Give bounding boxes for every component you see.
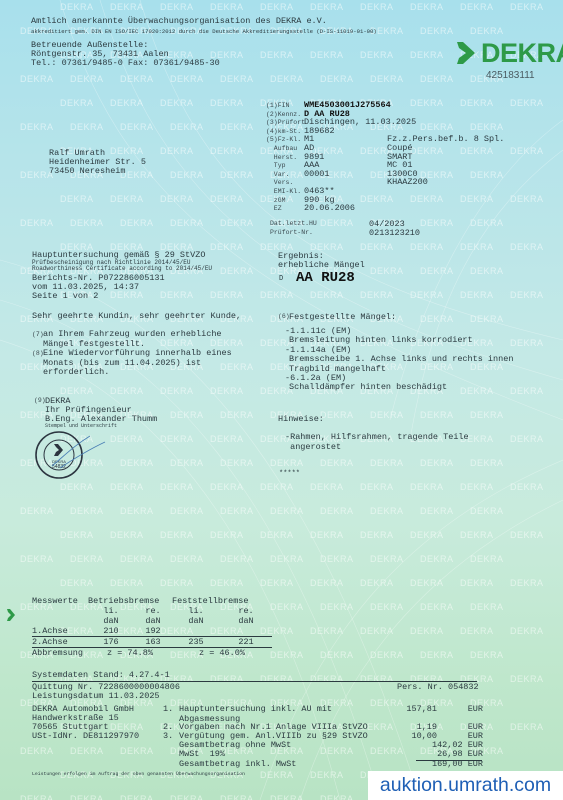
watermark-text: DEKRA [360,530,394,540]
watermark-text: DEKRA [420,458,454,468]
field-label: (1)FIN [266,102,304,109]
watermark-text: DEKRA [170,218,204,228]
vehicle-data-row: EMI-Kl.0463** [266,186,504,195]
cell-value: 221 [220,637,272,648]
watermark-text: DEKRA [420,314,454,324]
watermark-text: DEKRA [320,554,354,564]
field-label: (4)km-St. [266,128,304,135]
watermark-text: DEKRA [260,578,294,588]
page-indicator: Seite 1 von 2 [32,291,98,301]
watermark-text: DEKRA [210,194,244,204]
watermark-text: DEKRA [460,290,494,300]
watermark-text: DEKRA [220,506,254,516]
watermark-text: DEKRA [310,482,344,492]
watermark-text: DEKRA [20,122,54,132]
watermark-text: DEKRA [260,530,294,540]
watermark-text: DEKRA [120,554,154,564]
braking-label: Abbremsung [32,648,88,659]
side-right: re. [134,606,172,616]
watermark-text: DEKRA [270,794,304,800]
watermark-text: DEKRA [320,218,354,228]
watermark-text: DEKRA [160,386,194,396]
watermark-text: DEKRA [60,2,94,12]
watermark-text: DEKRA [510,194,544,204]
watermark-text: DEKRA [510,626,544,636]
watermark-text: DEKRA [460,530,494,540]
watermark-text: DEKRA [510,386,544,396]
note7-number: (7) [32,331,44,338]
vehicle-data-row: (5)Fz-Kl.M1Fz.z.Pers.bef.b. 8 Spl. [266,134,504,143]
watermark-text: DEKRA [120,794,154,800]
field-label: (5)Fz-Kl. [266,136,304,143]
watermark-text: DEKRA [210,674,244,684]
note7-text: an Ihrem Fahrzeug wurden erhebliche Mäng… [43,330,222,349]
document-number: 425183111 [486,70,535,81]
defects-heading: Festgestellte Mängel: [289,312,396,322]
watermark-text: DEKRA [120,122,154,132]
table-row: Abbremsung z = 74.8% z = 46.0% [32,648,272,659]
item-amount: 157,81 [395,705,437,715]
watermark-text: DEKRA [270,650,304,660]
watermark-text: DEKRA [20,506,54,516]
watermark-text: DEKRA [220,458,254,468]
watermark-text: DEKRA [210,482,244,492]
signature-number: (9) [34,397,46,404]
hints-label: Hinweise: [278,414,324,424]
item-currency: EUR [455,705,483,715]
watermark-text: DEKRA [420,410,454,420]
cell-value: 163 [134,637,172,648]
watermark-text: DEKRA [320,602,354,612]
watermark-text: DEKRA [310,2,344,12]
watermark-text: DEKRA [360,626,394,636]
watermark-text: DEKRA [320,74,354,84]
watermark-text: DEKRA [110,146,144,156]
braking-service-value: z = 74.8% [88,648,172,659]
watermark-text: DEKRA [270,506,304,516]
license-plate: AA RU28 [296,270,355,286]
watermark-text: DEKRA [270,74,304,84]
watermark-text: DEKRA [220,266,254,276]
watermark-text: DEKRA [160,98,194,108]
field-label: (3)Prüfort [266,119,304,126]
watermark-text: DEKRA [210,434,244,444]
cell-value [220,626,272,637]
watermark-text: DEKRA [210,146,244,156]
watermark-text: DEKRA [270,554,304,564]
watermark-text: DEKRA [510,434,544,444]
site-no-value: 0213123210 [369,228,420,238]
watermark-text: DEKRA [210,98,244,108]
defect-description: Bremsscheibe 1. Achse links und rechts i… [289,355,513,374]
cell-value: 210 [88,626,134,637]
watermark-text: DEKRA [470,26,504,36]
watermark-text: DEKRA [320,506,354,516]
watermark-text: DEKRA [420,26,454,36]
watermark-text: DEKRA [370,458,404,468]
last-hu-label: Dat.letzt.HU [270,220,317,227]
site-no-label: Prüfort-Nr. [270,229,313,236]
vehicle-data-row: (3)PrüfortDischingen, 11.03.2025 [266,117,504,126]
watermark-text: DEKRA [460,578,494,588]
dekra-side-arrow-icon [6,608,16,622]
watermark-text: DEKRA [270,458,304,468]
field-value: 00001 [304,169,387,179]
watermark-text: DEKRA [310,770,344,780]
watermark-text: DEKRA [120,746,154,756]
plate-prefix: D [279,275,283,283]
watermark-text: DEKRA [310,50,344,60]
field-value: 20.06.2006 [304,203,387,213]
accreditation-line: akkreditiert gem. DIN EN ISO/IEC 17020:2… [31,28,377,35]
watermark-text: DEKRA [220,122,254,132]
watermark-text: DEKRA [60,386,94,396]
watermark-text: DEKRA [170,122,204,132]
watermark-text: DEKRA [410,242,444,252]
watermark-text: DEKRA [160,482,194,492]
branch-contact: Tel.: 07361/9485-0 Fax: 07361/9485-30 [31,58,220,68]
watermark-text: DEKRA [110,98,144,108]
vehicle-data-row: (1)FINWME4503001J275564 [266,100,504,109]
watermark-text: DEKRA [360,290,394,300]
unit: daN [88,616,134,626]
watermark-text: DEKRA [460,482,494,492]
recipient-city: 73450 Neresheim [49,166,126,176]
watermark-text: DEKRA [70,74,104,84]
watermark-text: DEKRA [110,194,144,204]
watermark-text: DEKRA [170,74,204,84]
watermark-text: DEKRA [120,218,154,228]
watermark-text: DEKRA [220,554,254,564]
watermark-text: DEKRA [160,434,194,444]
service-brake-header: Betriebsbremse [88,596,172,606]
watermark-text: DEKRA [60,98,94,108]
watermark-text: DEKRA [110,386,144,396]
watermark-text: DEKRA [310,290,344,300]
watermark-text: DEKRA [370,602,404,612]
watermark-text: DEKRA [160,290,194,300]
watermark-text: DEKRA [360,242,394,252]
axle-label: 2.Achse [32,637,88,648]
field-label: EZ [266,205,304,212]
cell-value [172,626,220,637]
watermark-text: DEKRA [410,50,444,60]
watermark-text: DEKRA [420,602,454,612]
invoice-footnote: Leistungen erfolgen im Auftrag der oben … [32,771,245,778]
field-label: zGM [266,197,304,204]
table-row: 1.Achse 210 192 [32,626,272,637]
watermark-text: DEKRA [170,554,204,564]
watermark-text: DEKRA [410,2,444,12]
hint-item: -Rahmen, Hilfsrahmen, tragende Teile ang… [285,433,469,452]
logo-text: DEKRA [481,40,563,66]
watermark-text: DEKRA [310,530,344,540]
watermark-text: DEKRA [210,530,244,540]
watermark-text: DEKRA [60,530,94,540]
gross-amount: 169,00 EUR [427,760,483,770]
measurements-label: Messwerte [32,596,88,606]
watermark-text: DEKRA [510,290,544,300]
watermark-text: DEKRA [20,746,54,756]
company-vat-id: USt-IdNr. DE811297970 [32,732,139,742]
watermark-text: DEKRA [320,794,354,800]
watermark-text: DEKRA [260,674,294,684]
watermark-text: DEKRA [70,554,104,564]
watermark-text: DEKRA [110,2,144,12]
signature-caption: Stempel und Unterschrift [45,423,117,430]
watermark-text: DEKRA [220,74,254,84]
watermark-text: DEKRA [370,746,404,756]
unit: daN [134,616,172,626]
personnel-number: Pers. Nr. 054832 [397,683,479,693]
side-right: re. [220,606,272,616]
watermark-text: DEKRA [310,674,344,684]
watermark-text: DEKRA [470,506,504,516]
watermark-text: DEKRA [260,482,294,492]
watermark-text: DEKRA [370,650,404,660]
watermark-text: DEKRA [360,50,394,60]
watermark-text: DEKRA [510,674,544,684]
watermark-text: DEKRA [420,650,454,660]
vehicle-data-row: EZ20.06.2006 [266,203,504,212]
watermark-text: DEKRA [210,386,244,396]
watermark-text: DEKRA [510,578,544,588]
watermark-text: DEKRA [410,482,444,492]
watermark-text: DEKRA [60,194,94,204]
watermark-text: DEKRA [510,2,544,12]
watermark-text: DEKRA [320,458,354,468]
watermark-text: DEKRA [510,242,544,252]
watermark-text: DEKRA [110,434,144,444]
field-label: (2)Kennz. [266,111,304,118]
watermark-text: DEKRA [60,482,94,492]
watermark-text: DEKRA [470,314,504,324]
watermark-text: DEKRA [460,242,494,252]
cell-value: 235 [172,637,220,648]
watermark-text: DEKRA [170,506,204,516]
field-label: Aufbau [266,145,304,152]
watermark-text: DEKRA [360,482,394,492]
side-left: li. [88,606,134,616]
watermark-text: DEKRA [220,410,254,420]
vehicle-data: (1)FINWME4503001J275564(2)Kennz.D AA RU2… [266,100,504,212]
dekra-arrow-icon [455,40,477,66]
field-label: Typ [266,162,304,169]
watermark-text: DEKRA [420,74,454,84]
vehicle-data-row: TypAAAMC 01 [266,160,504,169]
braking-parking-value: z = 46.0% [172,648,272,659]
watermark-text: DEKRA [220,170,254,180]
watermark-text: DEKRA [470,650,504,660]
greeting: Sehr geehrte Kundin, sehr geehrter Kunde… [32,311,241,321]
watermark-text: DEKRA [120,74,154,84]
watermark-text: DEKRA [420,266,454,276]
field-label: EMI-Kl. [266,188,304,195]
end-mark: ***** [279,469,300,479]
watermark-text: DEKRA [160,194,194,204]
unit: daN [220,616,272,626]
watermark-text: DEKRA [70,746,104,756]
watermark-text: DEKRA [220,794,254,800]
result-value: erhebliche Mängel [278,260,365,270]
watermark-text: DEKRA [360,674,394,684]
watermark-text: DEKRA [320,746,354,756]
watermark-text: DEKRA [260,290,294,300]
watermark-text: DEKRA [510,482,544,492]
watermark-text: DEKRA [170,794,204,800]
service-date: Leistungsdatum 11.03.2025 [32,692,160,702]
watermark-text: DEKRA [120,458,154,468]
watermark-text: DEKRA [510,98,544,108]
watermark-text: DEKRA [360,578,394,588]
axle-label: 1.Achse [32,626,88,637]
vehicle-data-row: (4)km-St.189682 [266,126,504,135]
item-number: 1. [163,705,173,715]
brake-measurements-table: Messwerte Betriebsbremse Feststellbremse… [32,596,272,658]
watermark-text: DEKRA [170,458,204,468]
watermark-text: DEKRA [460,626,494,636]
watermark-text: DEKRA [510,722,544,732]
watermark-text: DEKRA [70,506,104,516]
gross-label: Gesamtbetrag inkl. MwSt [179,760,296,770]
watermark-text: DEKRA [70,122,104,132]
cell-value: 192 [134,626,172,637]
field-label: Vers. [266,179,304,186]
watermark-text: DEKRA [510,530,544,540]
watermark-text: DEKRA [370,266,404,276]
field-label: Var. [266,171,304,178]
watermark-text: DEKRA [20,74,54,84]
side-left: li. [172,606,220,616]
watermark-text: DEKRA [310,578,344,588]
watermark-text: DEKRA [420,218,454,228]
watermark-text: DEKRA [470,602,504,612]
watermark-text: DEKRA [20,554,54,564]
watermark-text: DEKRA [370,74,404,84]
watermark-text: DEKRA [410,626,444,636]
watermark-text: DEKRA [210,578,244,588]
watermark-text: DEKRA [110,578,144,588]
watermark-text: DEKRA [20,794,54,800]
defects-number: (6) [278,313,290,320]
note8-number: (8) [32,350,44,357]
watermark-text: DEKRA [260,50,294,60]
field-description: KHAAZ200 [387,177,428,187]
watermark-text: DEKRA [320,410,354,420]
watermark-text: DEKRA [370,554,404,564]
watermark-text: DEKRA [410,530,444,540]
watermark-text: DEKRA [110,530,144,540]
watermark-text: DEKRA [260,770,294,780]
watermark-text: DEKRA [20,218,54,228]
table-row: 2.Achse 176 163 235 221 [32,637,272,648]
watermark-text: DEKRA [470,554,504,564]
watermark-text: DEKRA [210,290,244,300]
vehicle-data-row: zGM990 kg [266,195,504,204]
watermark-text: DEKRA [70,218,104,228]
watermark-text: DEKRA [510,338,544,348]
watermark-text: DEKRA [220,218,254,228]
watermark-text: DEKRA [270,602,304,612]
watermark-text: DEKRA [320,650,354,660]
watermark-text: DEKRA [410,290,444,300]
watermark-text: DEKRA [410,578,444,588]
watermark-text: DEKRA [460,2,494,12]
watermark-text: DEKRA [260,2,294,12]
watermark-text: DEKRA [460,386,494,396]
watermark-text: DEKRA [370,506,404,516]
watermark-text: DEKRA [210,242,244,252]
watermark-text: DEKRA [370,410,404,420]
signature-scribble [50,430,110,470]
dekra-logo: DEKRA [455,40,563,66]
watermark-text: DEKRA [470,266,504,276]
report-subtitle-en: Roadworthiness Certificate according to … [32,265,212,272]
watermark-text: DEKRA [470,218,504,228]
watermark-text: DEKRA [170,170,204,180]
org-line: Amtlich anerkannte Überwachungsorganisat… [31,16,327,26]
watermark-text: DEKRA [210,2,244,12]
watermark-text: DEKRA [160,146,194,156]
watermark-text: DEKRA [420,554,454,564]
watermark-text: DEKRA [310,626,344,636]
watermark-text: DEKRA [510,146,544,156]
watermark-text: DEKRA [160,530,194,540]
watermark-text: DEKRA [360,2,394,12]
watermark-text: DEKRA [120,506,154,516]
defect-description: Schalldämpfer hinten beschädigt [289,383,447,393]
parking-brake-header: Feststellbremse [172,596,272,606]
vehicle-data-row: Var.000011300C0 [266,169,504,178]
item-number: 3. [163,732,173,742]
note8-text: Eine Wiedervorführung innerhalb eines Mo… [43,349,232,378]
watermark-text: DEKRA [420,506,454,516]
cell-value: 176 [88,637,134,648]
watermark-text: DEKRA [470,458,504,468]
watermark-text: DEKRA [60,578,94,588]
watermark-text: DEKRA [110,482,144,492]
watermark-text: DEKRA [470,410,504,420]
watermark-text: DEKRA [170,410,204,420]
watermark-text: DEKRA [160,2,194,12]
unit: daN [172,616,220,626]
field-label: Herst. [266,154,304,161]
watermark-site-label: auktion.umrath.com [368,771,563,800]
watermark-text: DEKRA [70,794,104,800]
system-data: Systemdaten Stand: 4.27.4-1 [32,671,170,681]
watermark-text: DEKRA [160,578,194,588]
vehicle-data-row: Herst.9891SMART [266,152,504,161]
